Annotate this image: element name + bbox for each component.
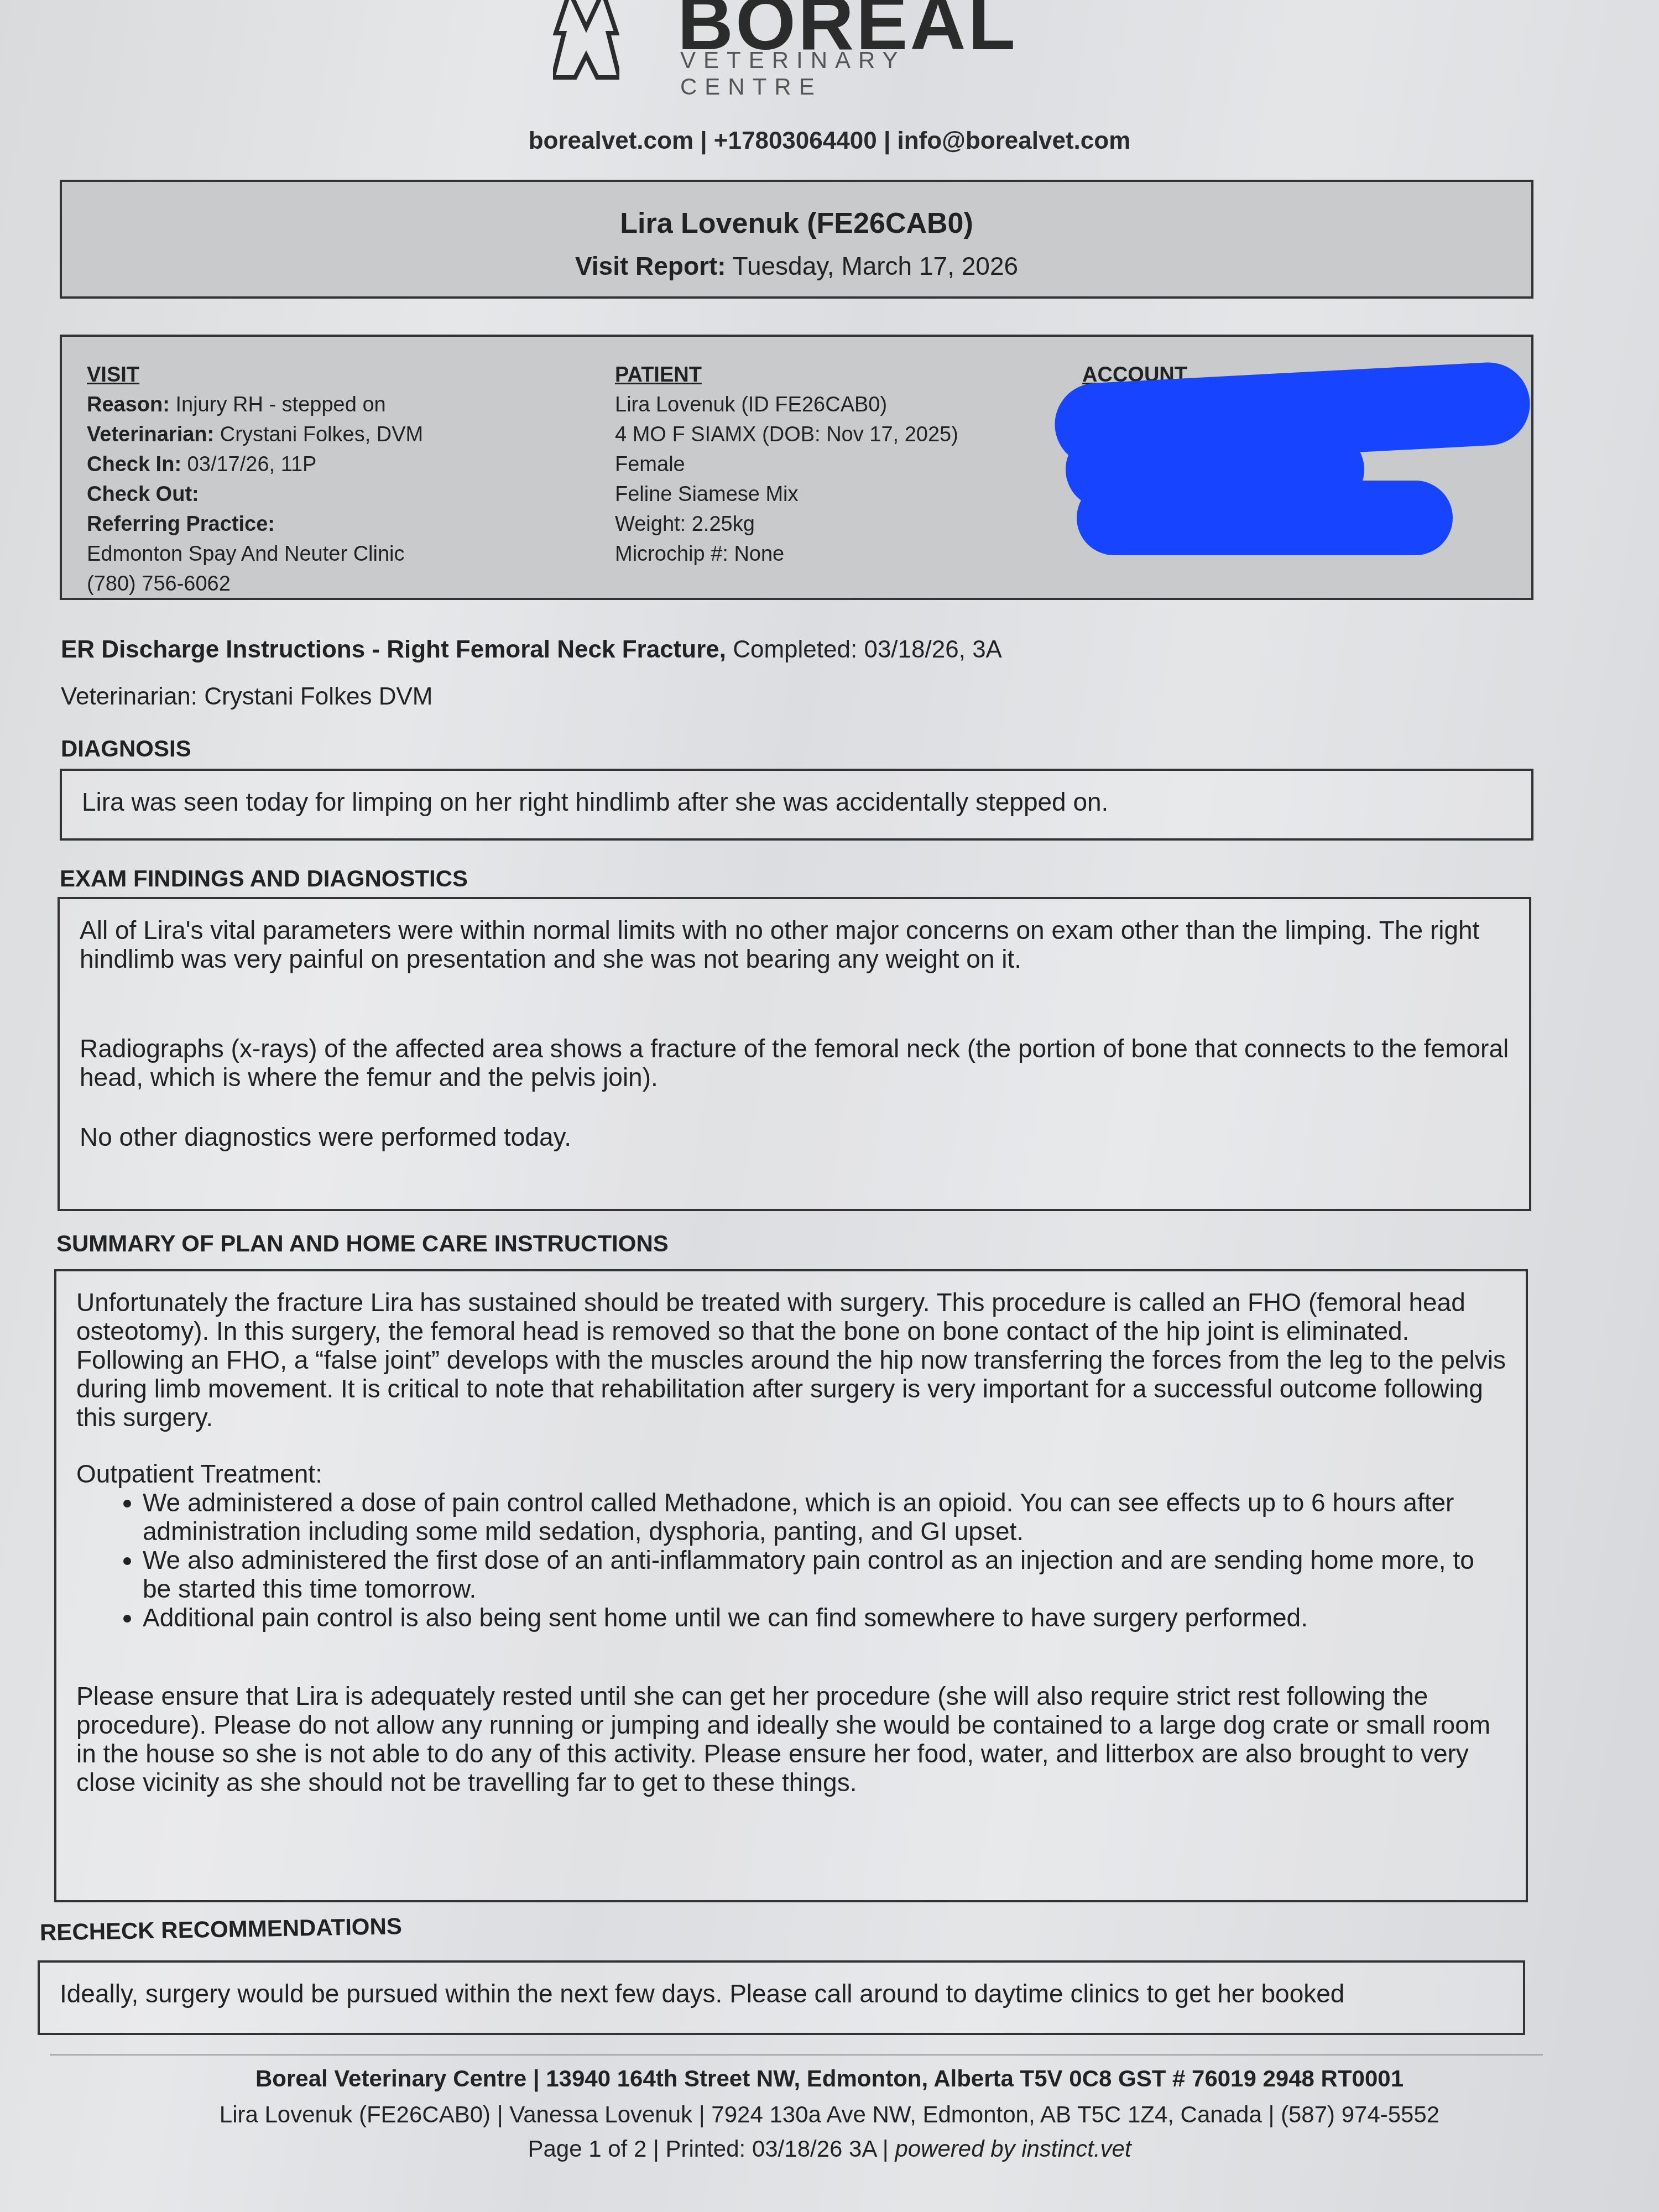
visit-report-date: Tuesday, March 17, 2026	[733, 252, 1019, 280]
outpatient-list: We administered a dose of pain control c…	[76, 1488, 1506, 1632]
outpatient-item: We also administered the first dose of a…	[143, 1546, 1506, 1603]
er-veterinarian: Veterinarian: Crystani Folkes DVM	[61, 683, 432, 711]
outpatient-item: We administered a dose of pain control c…	[143, 1488, 1506, 1546]
diagnosis-box: Lira was seen today for limping on her r…	[60, 769, 1533, 841]
footer-client-line: Lira Lovenuk (FE26CAB0) | Vanessa Lovenu…	[0, 2101, 1659, 2128]
exam-paragraph: No other diagnostics were performed toda…	[80, 1123, 1509, 1151]
rest-instructions: Please ensure that Lira is adequately re…	[76, 1682, 1506, 1797]
recheck-box: Ideally, surgery would be pursued within…	[38, 1960, 1525, 2035]
referring-label: Referring Practice:	[87, 509, 423, 539]
boreal-logo: BOREAL VETERINARY CENTRE	[553, 0, 1051, 105]
recheck-text: Ideally, surgery would be pursued within…	[60, 1979, 1503, 2008]
patient-line: Female	[615, 450, 958, 479]
visit-report-label: Visit Report:	[575, 252, 726, 280]
visit-veterinarian: Veterinarian: Crystani Folkes, DVM	[87, 420, 423, 450]
patient-heading: Lira Lovenuk (FE26CAB0)	[62, 207, 1531, 240]
recheck-heading: RECHECK RECOMMENDATIONS	[40, 1913, 403, 1945]
outpatient-item: Additional pain control is also being se…	[143, 1603, 1506, 1632]
outpatient-label: Outpatient Treatment:	[76, 1459, 1506, 1488]
referring-practice: Edmonton Spay And Neuter Clinic	[87, 539, 423, 569]
brand-subtitle: VETERINARY CENTRE	[680, 47, 1051, 100]
footer-page-line: Page 1 of 2 | Printed: 03/18/26 3A | pow…	[0, 2136, 1659, 2162]
info-box: VISIT Reason: Injury RH - stepped on Vet…	[60, 335, 1533, 600]
plan-intro: Unfortunately the fracture Lira has sust…	[76, 1288, 1506, 1432]
exam-paragraph: Radiographs (x-rays) of the affected are…	[80, 1034, 1509, 1092]
patient-line: Lira Lovenuk (ID FE26CAB0)	[615, 390, 958, 420]
plan-heading: SUMMARY OF PLAN AND HOME CARE INSTRUCTIO…	[56, 1230, 669, 1257]
footer-divider	[50, 2054, 1543, 2056]
patient-line: Microchip #: None	[615, 539, 958, 569]
visit-report-line: Visit Report: Tuesday, March 17, 2026	[62, 251, 1531, 281]
visit-column: VISIT Reason: Injury RH - stepped on Vet…	[87, 360, 423, 599]
footer-clinic-line: Boreal Veterinary Centre | 13940 164th S…	[0, 2065, 1659, 2092]
exam-box: All of Lira's vital parameters were with…	[58, 897, 1531, 1211]
report-title-box: Lira Lovenuk (FE26CAB0) Visit Report: Tu…	[60, 180, 1533, 299]
visit-check-in: Check In: 03/17/26, 11P	[87, 450, 423, 479]
redaction-mark	[1077, 481, 1453, 555]
patient-line: 4 MO F SIAMX (DOB: Nov 17, 2025)	[615, 420, 958, 450]
er-discharge-title: ER Discharge Instructions - Right Femora…	[61, 636, 1002, 664]
powered-by[interactable]: powered by instinct.vet	[895, 2136, 1131, 2162]
diagnosis-text: Lira was seen today for limping on her r…	[82, 787, 1511, 816]
visit-check-out: Check Out:	[87, 479, 423, 509]
referring-phone: (780) 756-6062	[87, 569, 423, 599]
tree-logo-icon	[553, 0, 619, 83]
visit-report-page: BOREAL VETERINARY CENTRE borealvet.com |…	[0, 0, 1659, 2212]
plan-box: Unfortunately the fracture Lira has sust…	[54, 1269, 1528, 1902]
exam-paragraph: All of Lira's vital parameters were with…	[80, 916, 1509, 973]
patient-line: Feline Siamese Mix	[615, 479, 958, 509]
patient-line: Weight: 2.25kg	[615, 509, 958, 539]
page-info: Page 1 of 2 | Printed: 03/18/26 3A |	[528, 2136, 888, 2162]
patient-column: PATIENT Lira Lovenuk (ID FE26CAB0) 4 MO …	[615, 360, 958, 569]
visit-reason: Reason: Injury RH - stepped on	[87, 390, 423, 420]
visit-heading: VISIT	[87, 360, 423, 390]
contact-line[interactable]: borealvet.com | +17803064400 | info@bore…	[0, 127, 1659, 155]
diagnosis-heading: DIAGNOSIS	[61, 735, 191, 762]
exam-heading: EXAM FINDINGS AND DIAGNOSTICS	[60, 865, 468, 892]
patient-heading-label: PATIENT	[615, 360, 958, 390]
